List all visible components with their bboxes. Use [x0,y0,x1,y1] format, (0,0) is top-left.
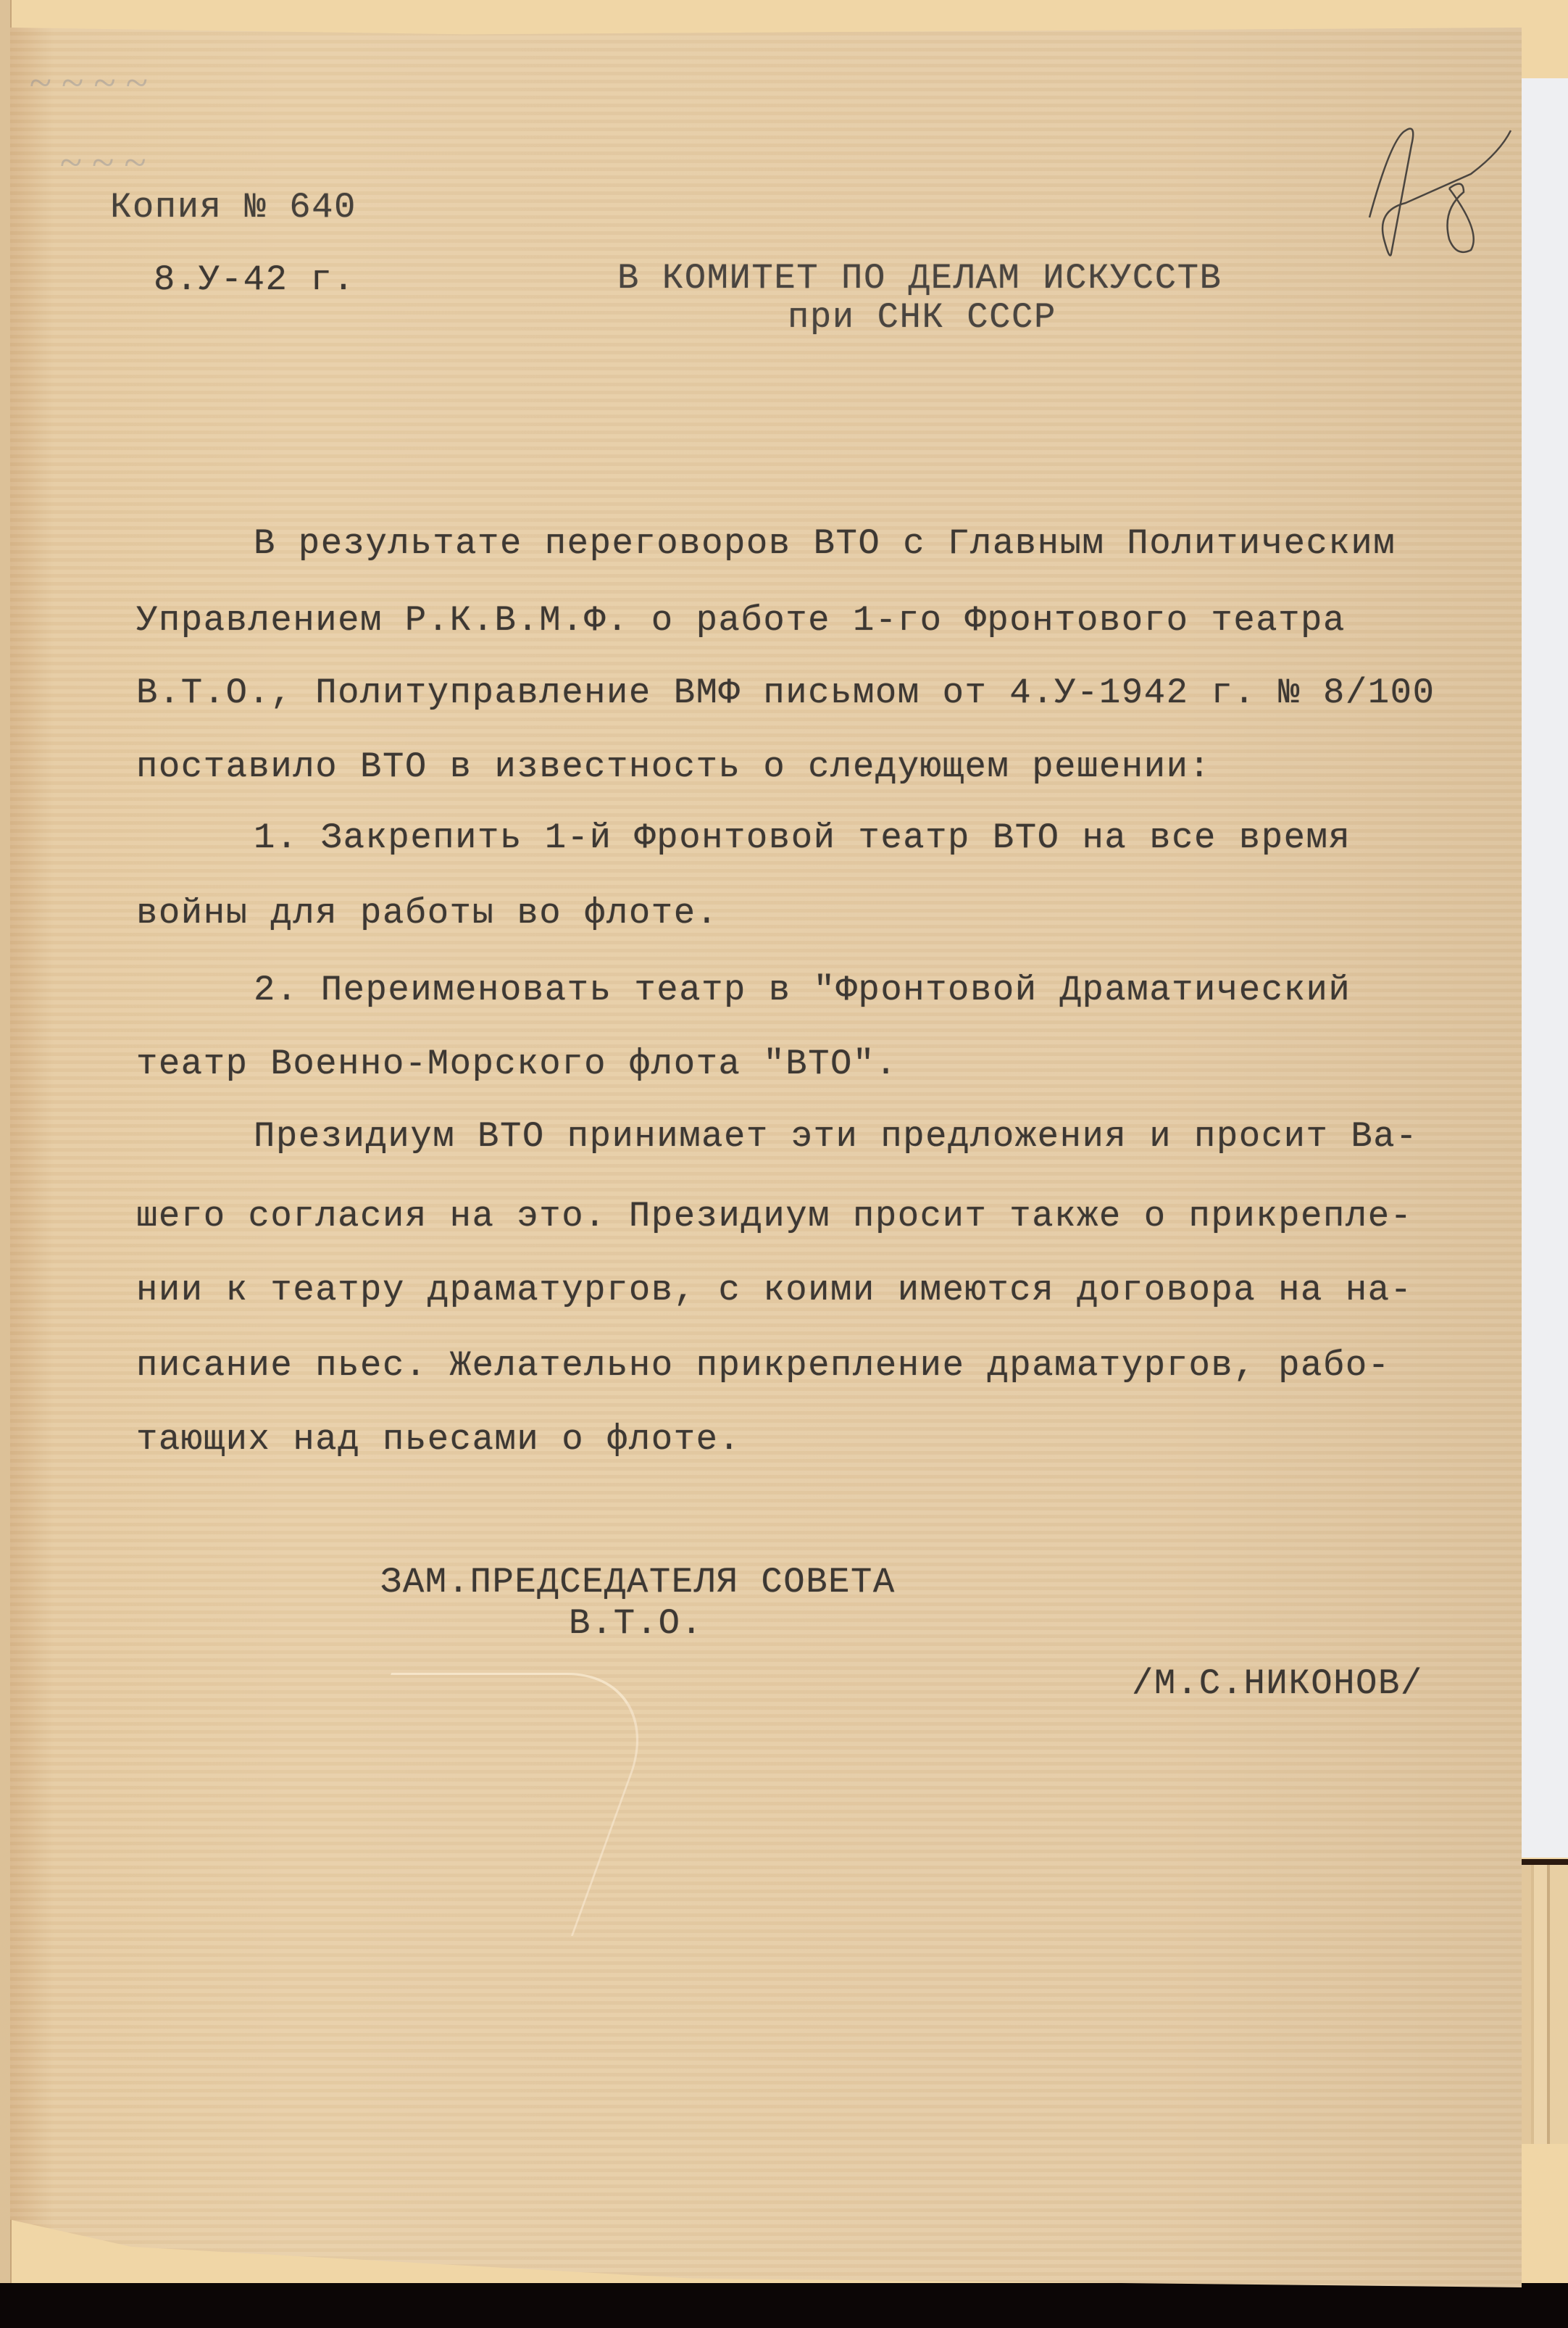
list-item-cont: театр Военно-Морского флота "ВТО". [136,1044,898,1084]
recipient-line-1: В КОМИТЕТ ПО ДЕЛАМ ИСКУССТВ [617,258,1222,299]
list-item: 1. Закрепить 1-й Фронтовой театр ВТО на … [254,818,1351,858]
list-item-cont: войны для работы во флоте. [136,893,719,934]
body-line: В результате переговоров ВТО с Главным П… [254,523,1396,564]
binding-strip [0,0,12,2283]
body-line: тающих над пьесами о флоте. [136,1419,741,1460]
page-stack-edges [1518,1859,1568,2144]
signatory-name: /М.С.НИКОНОВ/ [1132,1663,1423,1704]
body-line: Президиум ВТО принимает эти предложения … [254,1116,1418,1157]
paper-crease [296,1673,669,1936]
signatory-title: ЗАМ.ПРЕДСЕДАТЕЛЯ СОВЕТА [380,1562,896,1602]
body-line: писание пьес. Желательно прикрепление др… [136,1345,1390,1386]
signatory-organization: В.Т.О. [569,1603,703,1644]
document-date: 8.У-42 г. [154,259,355,300]
body-line: шего согласия на это. Президиум просит т… [136,1196,1413,1236]
body-line: нии к театру драматургов, с коими имеютс… [136,1270,1413,1310]
pencil-annotation-text: ~ ~ ~ ~ ~ ~ ~ [29,61,147,186]
list-item: 2. Переименовать театр в "Фронтовой Драм… [254,970,1351,1010]
recipient-line-2: при СНК СССР [788,297,1056,338]
handwritten-folio-number-icon [1362,116,1522,275]
body-line: В.Т.О., Политуправление ВМФ письмом от 4… [136,673,1435,713]
document-page [10,28,1522,2287]
body-line: Управлением Р.К.В.М.Ф. о работе 1-го Фро… [136,600,1346,641]
body-line: поставило ВТО в известность о следующем … [136,747,1211,787]
copy-number: Копия № 640 [110,187,356,228]
white-backing-sheet [1522,78,1568,1858]
